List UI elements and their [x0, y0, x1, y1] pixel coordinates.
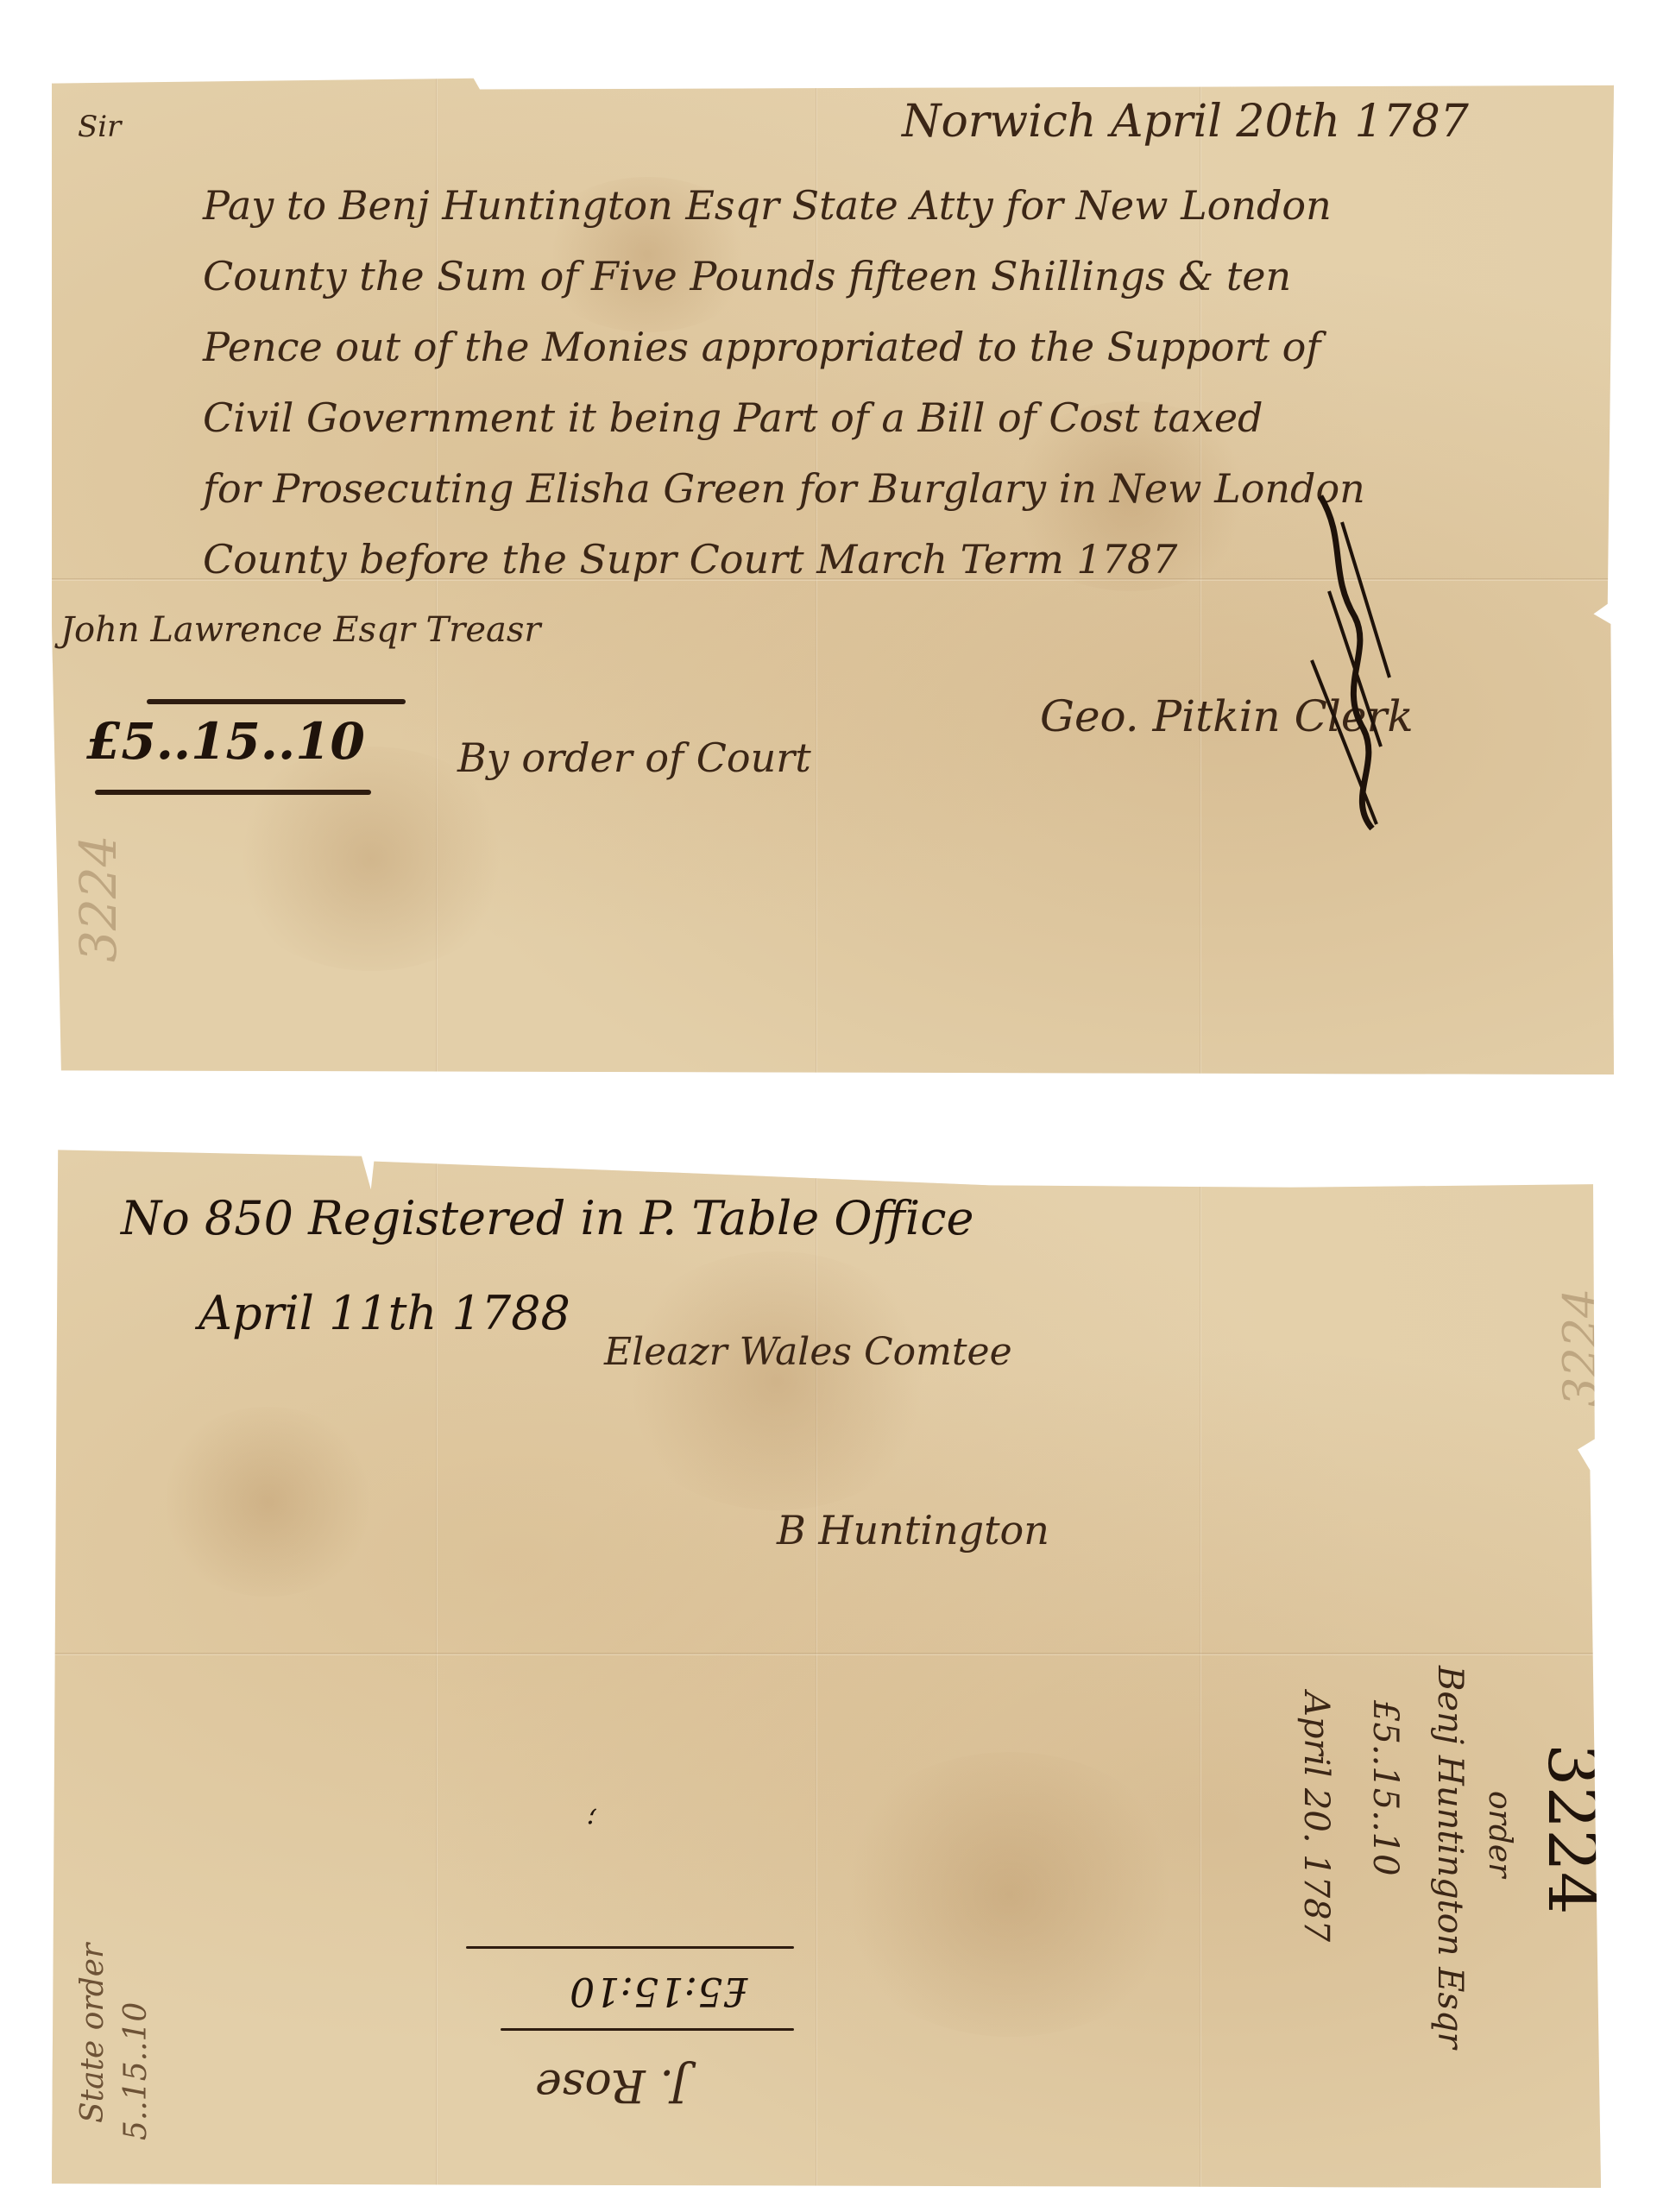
fold-line [1200, 1148, 1201, 2188]
margin-note: 5..15..10 [121, 2002, 152, 2140]
inverted-mark: ; [587, 1808, 596, 1836]
registration-date: April 11th 1788 [198, 1290, 570, 1337]
body-line: Pence out of the Monies appropriated to … [203, 327, 1320, 367]
cancellation-scribble-icon [1295, 488, 1407, 833]
authority-note: By order of Court [457, 738, 811, 778]
document-back-sheet: No 850 Registered in P. Table Office Apr… [52, 1148, 1601, 2188]
registrar-signature: Eleazr Wales Comtee [604, 1333, 1012, 1371]
endorsement-signature: B Huntington [777, 1510, 1049, 1550]
body-line: for Prosecuting Elisha Green for Burglar… [203, 469, 1365, 508]
body-line: County before the Supr Court March Term … [203, 539, 1177, 579]
paper-stain [155, 1407, 380, 1597]
registration-line: No 850 Registered in P. Table Office [121, 1195, 973, 1242]
docket-line: April 20. 1787 [1299, 1692, 1333, 1942]
inverted-rule-bottom [501, 2028, 794, 2031]
amount-rule-bottom [95, 790, 371, 795]
bleed-through-mark: 3224 [1553, 1289, 1601, 1407]
inverted-amount: £5:15:10 [570, 1972, 748, 2012]
margin-note: State order [78, 1944, 109, 2123]
inverted-rule-top [466, 1946, 794, 1949]
body-line: Civil Government it being Part of a Bill… [203, 398, 1263, 438]
body-line: County the Sum of Five Pounds fifteen Sh… [203, 256, 1291, 296]
docket-number: 3224 [1538, 1743, 1601, 1915]
amount: £5..15..10 [86, 716, 365, 766]
docket-line: Benj Huntington Esqr [1433, 1666, 1467, 2049]
bleed-through-mark: 3224 [69, 835, 128, 962]
fold-line [52, 1653, 1601, 1655]
docket-line: £5..15..10 [1368, 1700, 1402, 1876]
salutation: Sir [78, 112, 121, 142]
addressee: John Lawrence Esqr Treasr [60, 613, 540, 647]
amount-rule-top [147, 699, 406, 704]
paper-stain [613, 1251, 941, 1510]
docket-line: order [1484, 1791, 1515, 1877]
body-line: Pay to Benj Huntington Esqr State Atty f… [203, 186, 1332, 225]
paper-stain [828, 1752, 1191, 2037]
inverted-name: J. Rose [535, 2063, 689, 2108]
document-front-sheet: Sir Norwich April 20th 1787 Pay to Benj … [52, 73, 1614, 1074]
dateline: Norwich April 20th 1787 [902, 99, 1469, 144]
